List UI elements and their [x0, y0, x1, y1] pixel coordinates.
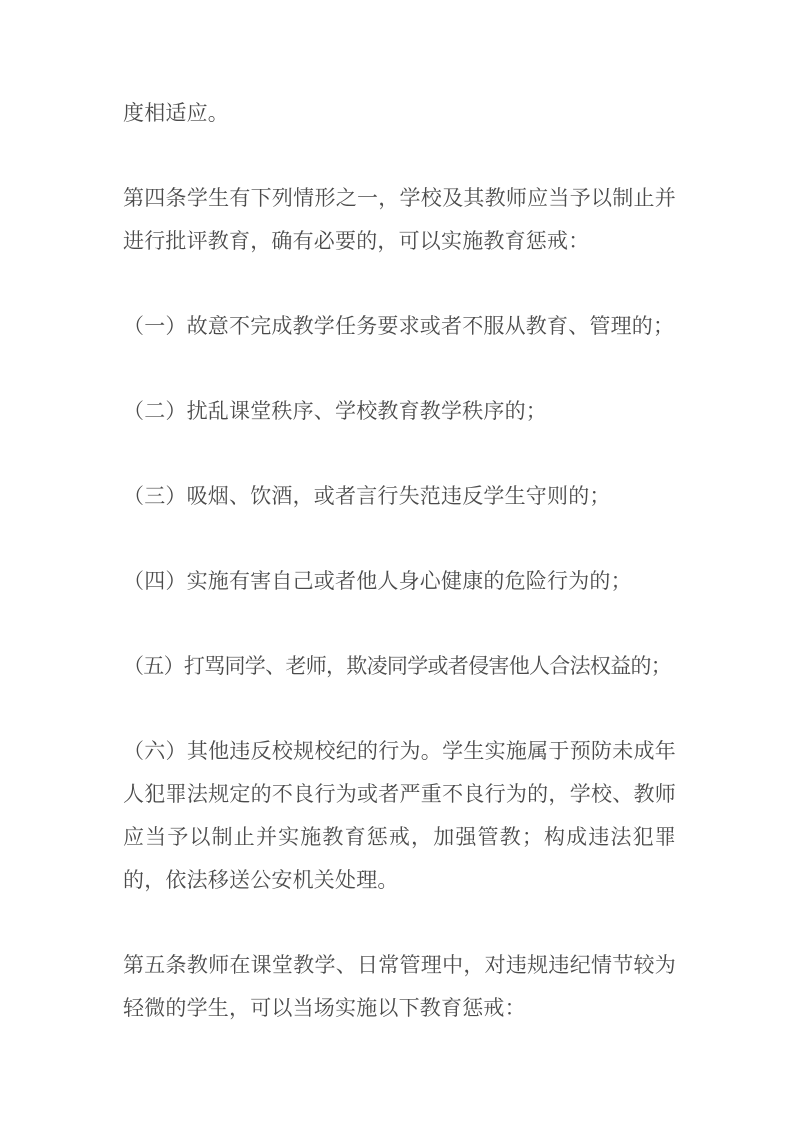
paragraph-item-2: （二）扰乱课堂秩序、学校教育教学秩序的；: [123, 390, 676, 433]
paragraph-item-3: （三）吸烟、饮酒，或者言行失范违反学生守则的；: [123, 475, 676, 518]
document-body: 度相适应。 第四条学生有下列情形之一，学校及其教师应当予以制止并进行批评教育，确…: [123, 92, 676, 1030]
paragraph-item-1: （一）故意不完成教学任务要求或者不服从教育、管理的；: [123, 305, 676, 348]
paragraph-item-6: （六）其他违反校规校纪的行为。学生实施属于预防未成年人犯罪法规定的不良行为或者严…: [123, 730, 676, 902]
paragraph-article-4: 第四条学生有下列情形之一，学校及其教师应当予以制止并进行批评教育，确有必要的，可…: [123, 177, 676, 263]
paragraph-lead-fragment: 度相适应。: [123, 92, 676, 135]
paragraph-article-5: 第五条教师在课堂教学、日常管理中，对违规违纪情节较为轻微的学生，可以当场实施以下…: [123, 944, 676, 1030]
paragraph-item-4: （四）实施有害自己或者他人身心健康的危险行为的；: [123, 560, 676, 603]
document-page: 度相适应。 第四条学生有下列情形之一，学校及其教师应当予以制止并进行批评教育，确…: [0, 0, 793, 1122]
paragraph-item-5: （五）打骂同学、老师，欺凌同学或者侵害他人合法权益的；: [123, 645, 676, 688]
